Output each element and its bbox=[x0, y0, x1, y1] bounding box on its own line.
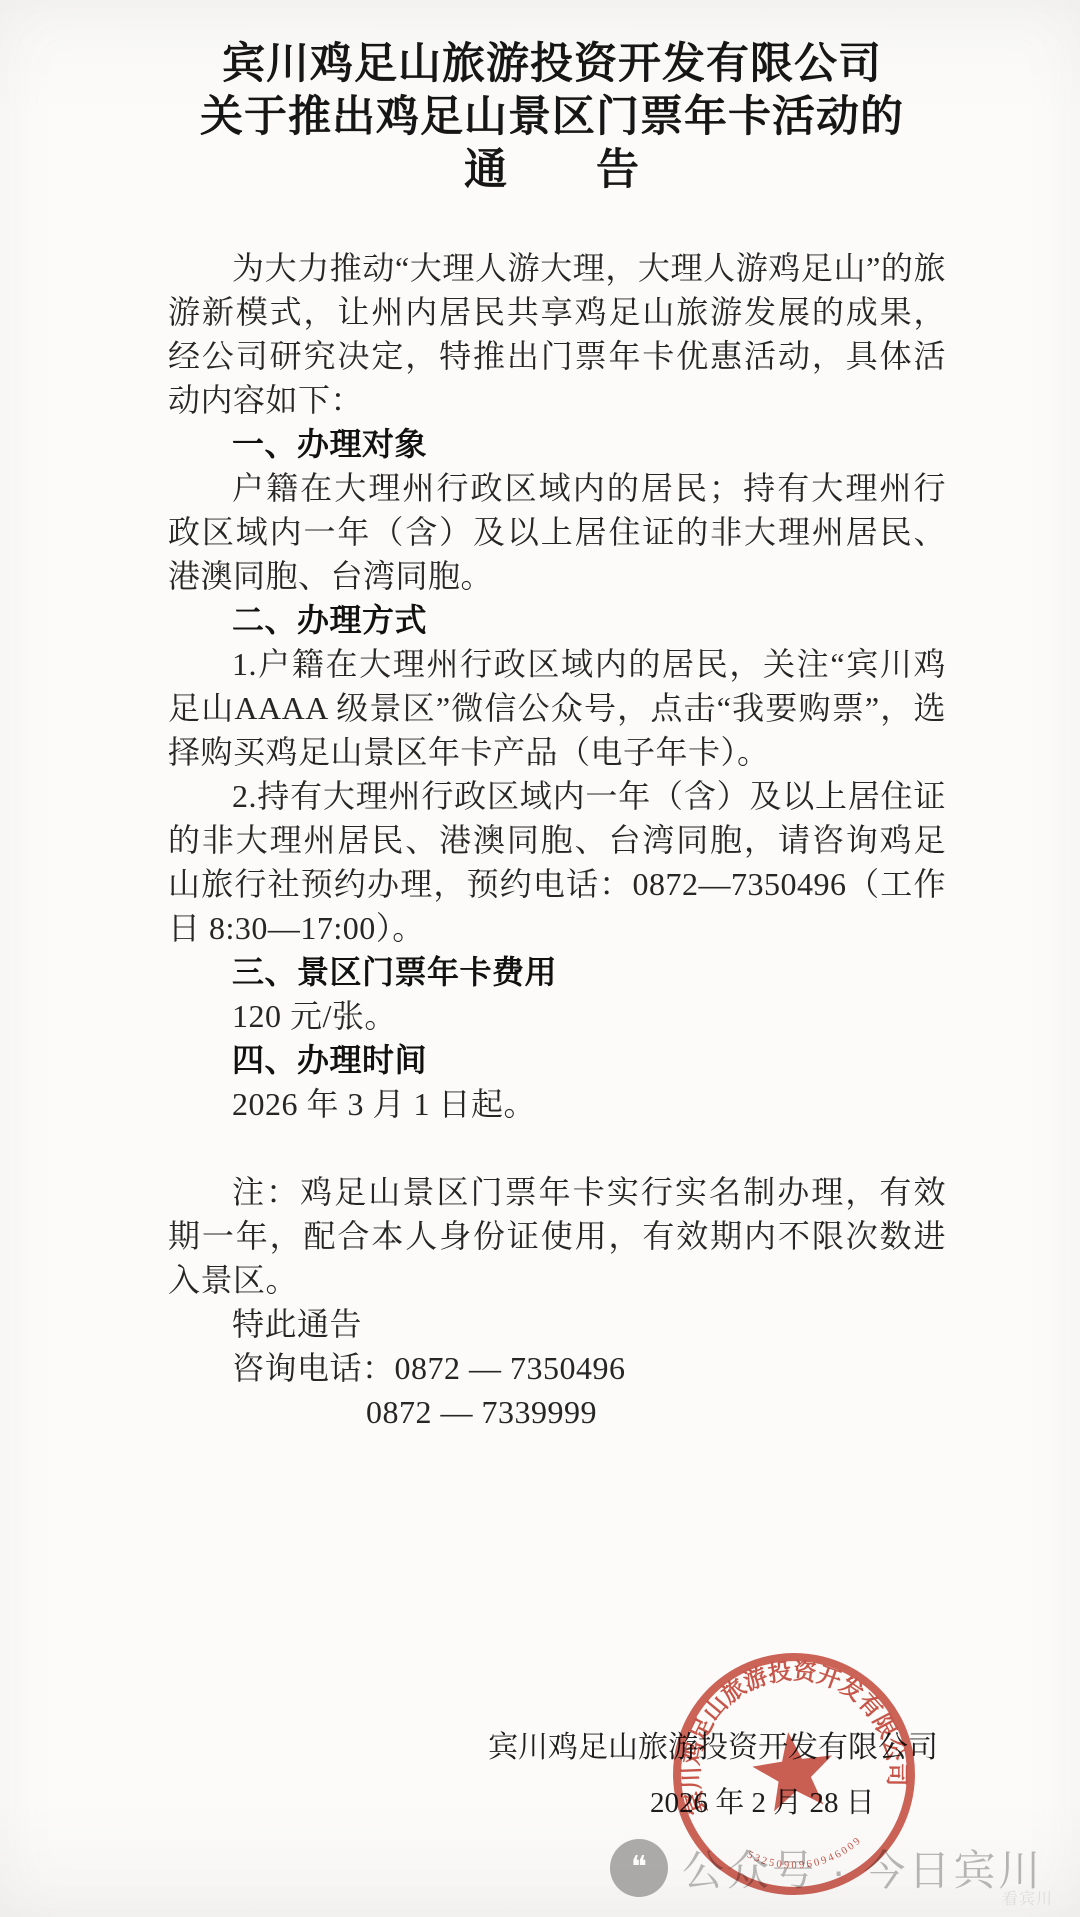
section-2-item-2: 2.持有大理州行政区域内一年（含）及以上居住证的非大理州居民、港澳同胞、台湾同胞… bbox=[168, 774, 946, 950]
section-4-date: 2026 年 3 月 1 日起。 bbox=[168, 1082, 946, 1126]
seal-code: 5325090960946009 bbox=[744, 1834, 868, 1879]
notice-document: 宾川鸡足山旅游投资开发有限公司 关于推出鸡足山景区门票年卡活动的 通 告 为大力… bbox=[0, 0, 1080, 1917]
section-3-heading: 三、景区门票年卡费用 bbox=[168, 950, 946, 994]
note-paragraph: 注：鸡足山景区门票年卡实行实名制办理，有效期一年，配合本人身份证使用，有效期内不… bbox=[168, 1170, 946, 1302]
star-icon bbox=[748, 1726, 838, 1813]
intro-paragraph: 为大力推动“大理人游大理，大理人游鸡足山”的旅游新模式，让州内居民共享鸡足山旅游… bbox=[168, 246, 946, 422]
title-line-company: 宾川鸡足山旅游投资开发有限公司 bbox=[152, 38, 952, 91]
notice-title: 宾川鸡足山旅游投资开发有限公司 关于推出鸡足山景区门票年卡活动的 通 告 bbox=[152, 38, 952, 197]
section-4-heading: 四、办理时间 bbox=[168, 1038, 946, 1082]
title-line-notice: 通 告 bbox=[152, 144, 952, 197]
notice-body: 为大力推动“大理人游大理，大理人游鸡足山”的旅游新模式，让州内居民共享鸡足山旅游… bbox=[168, 246, 946, 1434]
section-2-heading: 二、办理方式 bbox=[168, 598, 946, 642]
phone-line-1: 咨询电话：0872 — 7350496 bbox=[168, 1346, 946, 1390]
closing-line: 特此通告 bbox=[168, 1302, 946, 1346]
blank-line bbox=[168, 1126, 946, 1170]
title-line-subject: 关于推出鸡足山景区门票年卡活动的 bbox=[152, 91, 952, 144]
phone-line-2: 0872 — 7339999 bbox=[168, 1390, 946, 1434]
section-2-item-1: 1.户籍在大理州行政区域内的居民，关注“宾川鸡足山AAAA 级景区”微信公众号，… bbox=[168, 642, 946, 774]
section-3-price: 120 元/张。 bbox=[168, 994, 946, 1038]
section-1-paragraph: 户籍在大理州行政区域内的居民；持有大理州行政区域内一年（含）及以上居住证的非大理… bbox=[168, 466, 946, 598]
section-1-heading: 一、办理对象 bbox=[168, 422, 946, 466]
watermark-corner-label: 看宾川 bbox=[1002, 1886, 1053, 1909]
quote-bubble-icon: ❝ bbox=[610, 1839, 668, 1897]
official-seal: 宾川鸡足山旅游投资开发有限公司 5325090960946009 bbox=[652, 1632, 937, 1917]
